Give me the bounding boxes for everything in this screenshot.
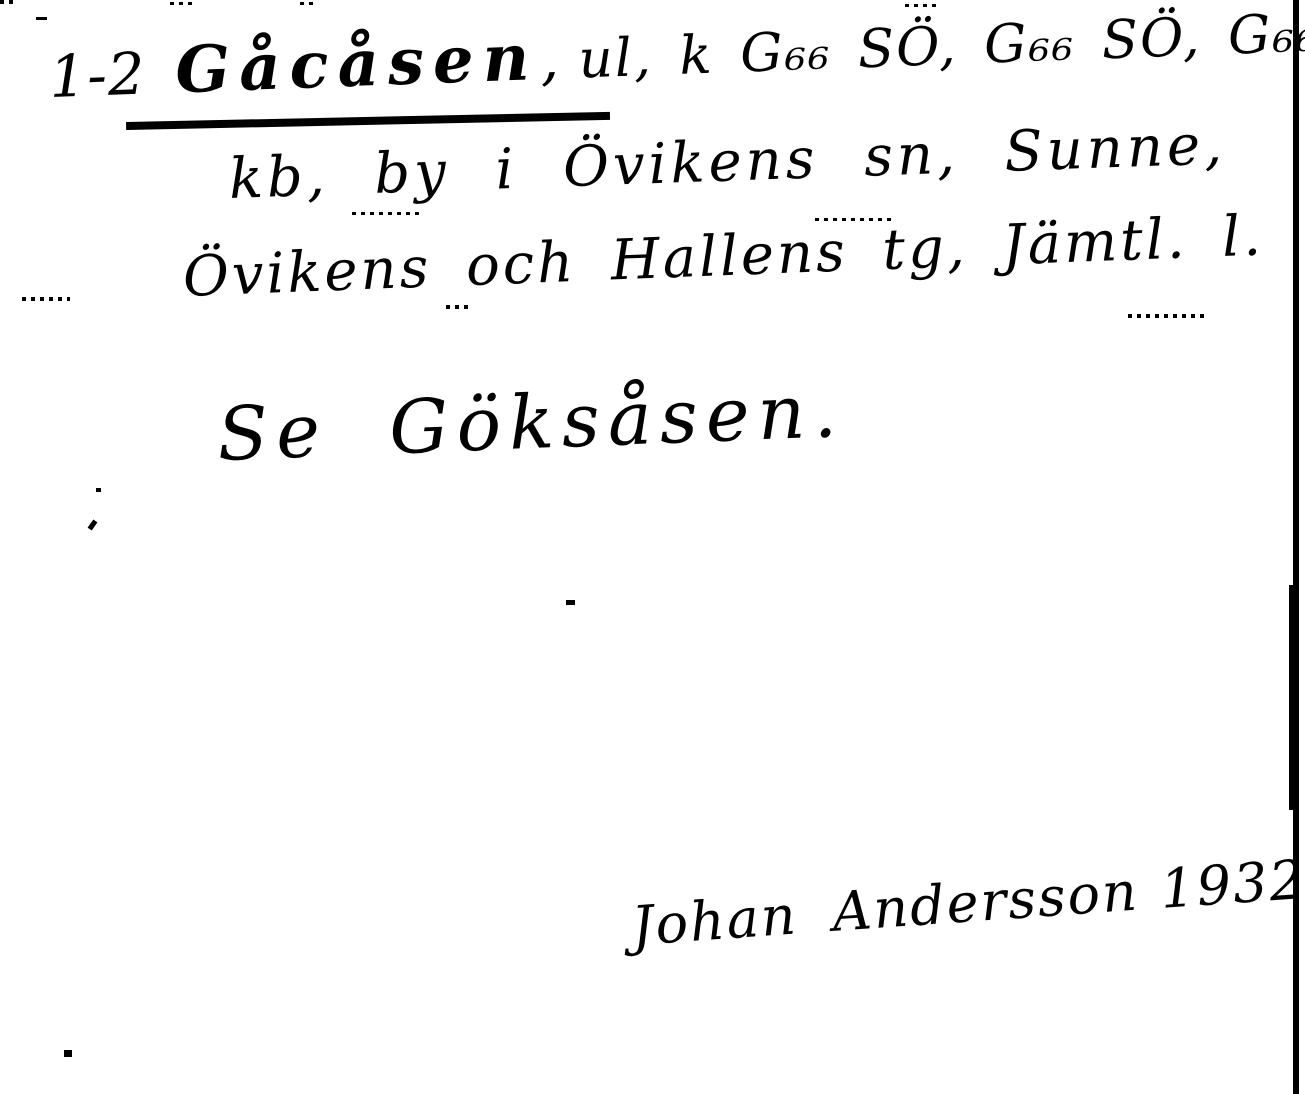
archive-card: 1-2Gåcåsen,ul, k G₆₆ SÖ, G₆₆ SÖ, G₆₆, kb…	[0, 0, 1305, 1094]
entry-heading-line: 1-2Gåcåsen,ul, k G₆₆ SÖ, G₆₆ SÖ, G₆₆,	[48, 0, 1305, 108]
headword-separator: ,	[539, 24, 562, 93]
signature-name: Johan Andersson	[630, 860, 1141, 958]
scan-noise-dash-top-left	[36, 17, 47, 20]
scan-edge-bar-thick-segment	[1289, 585, 1299, 810]
signature-line: Johan Andersson1932.	[630, 852, 1305, 954]
scan-noise-dots-top-3	[905, 4, 939, 7]
scan-noise-dots-under-line3	[446, 305, 472, 309]
scan-noise-dots-top-2	[300, 2, 316, 5]
cross-reference: Se Göksåsen.	[216, 374, 846, 472]
map-reference-text: ul, k G₆₆ SÖ, G₆₆ SÖ, G₆₆,	[578, 2, 1305, 91]
headword-place-name: Gåcåsen	[174, 20, 539, 108]
scan-noise-top-left-corner	[0, 0, 18, 4]
scan-noise-dash-center	[566, 600, 575, 605]
scan-noise-dot-bottom-left	[64, 1050, 72, 1057]
description-line-1: kb, by i Övikens sn, Sunne,	[228, 117, 1227, 208]
scan-noise-dots-under-line2	[352, 212, 422, 215]
scan-noise-dots-after-line3	[1128, 314, 1206, 318]
scan-noise-dashes-left-margin	[22, 297, 70, 301]
scan-noise-dots-top-1	[170, 2, 194, 5]
scan-noise-dots-under-line2-right	[815, 218, 895, 221]
headword-underline	[126, 112, 610, 130]
scan-noise-dot-left-of-crossref	[96, 488, 101, 492]
scan-edge-bar	[1293, 0, 1299, 1094]
scan-noise-tick-left-of-crossref	[88, 519, 98, 530]
description-line-2: Övikens och Hallens tg, Jämtl. l.	[182, 208, 1265, 305]
signature-year: 1932.	[1158, 847, 1305, 921]
entry-number: 1-2	[48, 39, 147, 110]
